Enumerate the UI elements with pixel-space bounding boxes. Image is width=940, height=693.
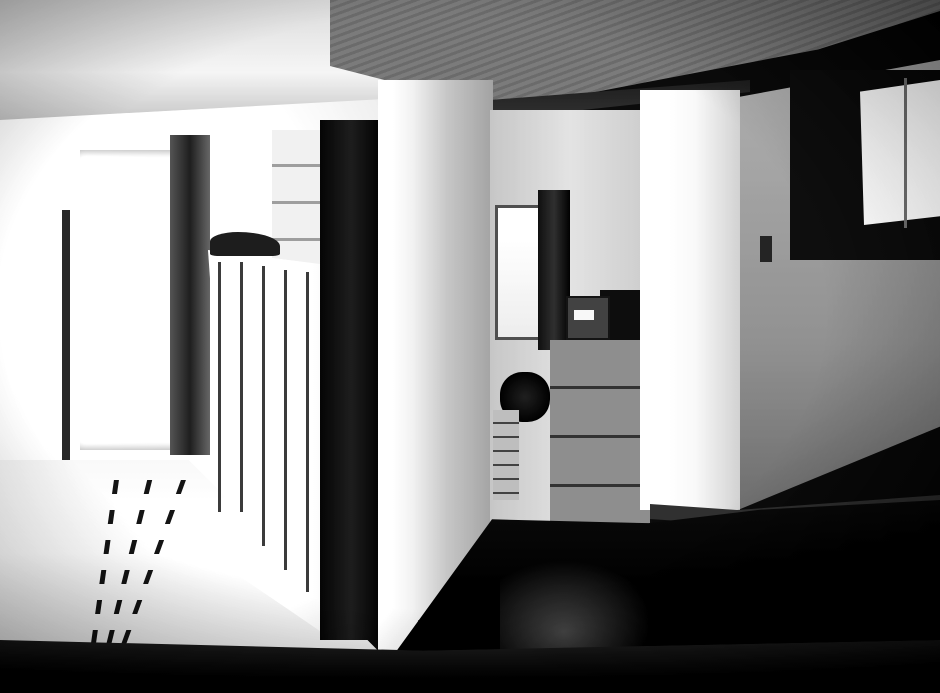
left-room-curtain <box>170 135 210 455</box>
stacked-locker-boxes <box>272 130 327 270</box>
left-door-frame <box>62 210 70 460</box>
small-cabinet <box>493 410 519 500</box>
cardboard-box-stack <box>550 340 650 530</box>
right-corner-pillar <box>640 90 740 510</box>
window-mullion <box>904 78 907 228</box>
hallway-photograph <box>0 0 940 693</box>
right-window <box>860 80 940 225</box>
radio-display <box>574 310 594 320</box>
light-switch <box>760 236 772 262</box>
doorway-shadow <box>320 120 382 640</box>
locker-divider <box>284 270 287 570</box>
locker-divider <box>262 266 265 546</box>
locker-divider <box>306 272 309 592</box>
locker-divider <box>240 262 243 512</box>
locker-divider <box>218 262 221 512</box>
